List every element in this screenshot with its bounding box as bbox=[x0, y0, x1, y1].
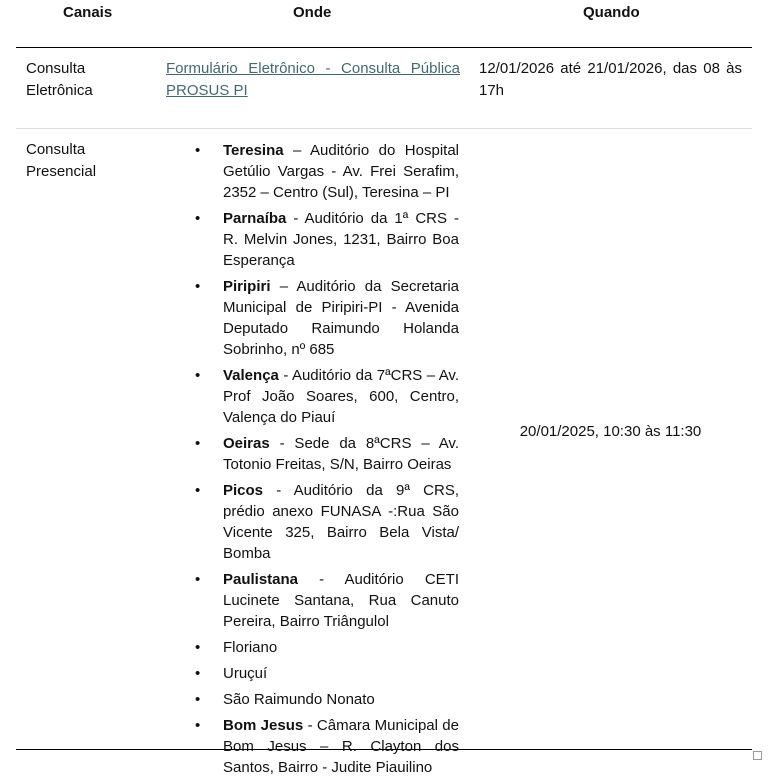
location-city: Valença bbox=[223, 367, 279, 384]
bullet-icon: • bbox=[195, 637, 200, 658]
location-city: Parnaíba bbox=[223, 210, 286, 227]
channel-cell: Consulta Eletrônica bbox=[26, 58, 126, 102]
bullet-icon: • bbox=[195, 480, 200, 501]
bullet-icon: • bbox=[195, 689, 200, 710]
where-cell: •Teresina – Auditório do Hospital Getúli… bbox=[223, 140, 459, 780]
location-item: •Paulistana - Auditório CETI Lucinete Sa… bbox=[223, 569, 459, 632]
location-city: Oeiras bbox=[223, 435, 270, 452]
location-item: •Valença - Auditório da 7ªCRS – Av. Prof… bbox=[223, 365, 459, 428]
bullet-icon: • bbox=[195, 276, 200, 297]
location-city: Picos bbox=[223, 482, 263, 499]
bullet-icon: • bbox=[195, 433, 200, 454]
location-item: •Teresina – Auditório do Hospital Getúli… bbox=[223, 140, 459, 203]
locations-list: •Teresina – Auditório do Hospital Getúli… bbox=[223, 140, 459, 778]
bullet-icon: • bbox=[195, 715, 200, 736]
bullet-icon: • bbox=[195, 208, 200, 229]
bullet-icon: • bbox=[195, 663, 200, 684]
bullet-icon: • bbox=[195, 569, 200, 590]
location-detail: Uruçuí bbox=[223, 665, 267, 682]
when-cell: 12/01/2026 até 21/01/2026, das 08 às 17h bbox=[479, 58, 742, 102]
bullet-icon: • bbox=[195, 365, 200, 386]
location-item: •Piripiri – Auditório da Secretaria Muni… bbox=[223, 276, 459, 360]
where-cell: Formulário Eletrônico - Consulta Pública… bbox=[166, 58, 460, 102]
location-detail: São Raimundo Nonato bbox=[223, 691, 375, 708]
table-header-when: Quando bbox=[583, 4, 640, 21]
location-item: •São Raimundo Nonato bbox=[223, 689, 459, 710]
location-detail: Floriano bbox=[223, 639, 277, 656]
table-resize-handle[interactable] bbox=[753, 751, 762, 760]
location-city: Teresina bbox=[223, 142, 284, 159]
location-item: •Bom Jesus - Câmara Municipal de Bom Jes… bbox=[223, 715, 459, 778]
location-city: Paulistana bbox=[223, 571, 298, 588]
location-city: Piripiri bbox=[223, 278, 271, 295]
location-item: •Oeiras - Sede da 8ªCRS – Av. Totonio Fr… bbox=[223, 433, 459, 475]
when-cell: 20/01/2025, 10:30 às 11:30 bbox=[479, 421, 742, 443]
table-top-rule bbox=[16, 47, 752, 48]
table-bottom-rule bbox=[16, 749, 752, 750]
location-item: •Floriano bbox=[223, 637, 459, 658]
table-header-channels: Canais bbox=[63, 4, 112, 21]
bullet-icon: • bbox=[195, 140, 200, 161]
channel-cell: Consulta Presencial bbox=[26, 139, 126, 183]
location-item: •Parnaíba - Auditório da 1ª CRS - R. Mel… bbox=[223, 208, 459, 271]
location-item: •Uruçuí bbox=[223, 663, 459, 684]
location-city: Bom Jesus bbox=[223, 717, 303, 734]
table-header-where: Onde bbox=[293, 4, 331, 21]
location-item: •Picos - Auditório da 9ª CRS, prédio ane… bbox=[223, 480, 459, 564]
row-divider bbox=[16, 128, 752, 129]
consultation-form-link[interactable]: Formulário Eletrônico - Consulta Pública… bbox=[166, 60, 460, 99]
